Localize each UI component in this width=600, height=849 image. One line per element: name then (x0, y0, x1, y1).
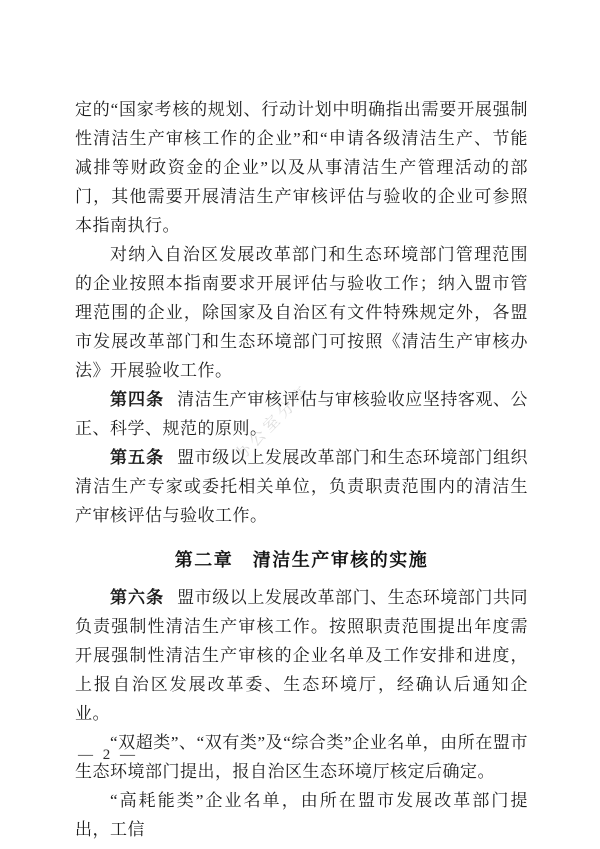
article-label: 第四条 (110, 390, 164, 409)
paragraph-text: 定的“国家考核的规划、行动计划中明确指出需要开展强制性清洁生产审核工作的企业”和… (75, 100, 528, 235)
body-text: 定的“国家考核的规划、行动计划中明确指出需要开展强制性清洁生产审核工作的企业”和… (75, 95, 528, 844)
page-number: — 2 — (78, 747, 138, 764)
paragraph: 对纳入自治区发展改革部门和生态环境部门管理范围的企业按照本指南要求开展评估与验收… (75, 240, 528, 385)
paragraph-article-6: 第六条盟市级以上发展改革部门、生态环境部门共同负责强制性清洁生产审核工作。按照职… (75, 583, 528, 728)
article-label: 第五条 (110, 448, 164, 467)
paragraph-text: 盟市级以上发展改革部门、生态环境部门共同负责强制性清洁生产审核工作。按照职责范围… (75, 588, 528, 723)
paragraph-article-5: 第五条盟市级以上发展改革部门和生态环境部门组织清洁生产专家或委托相关单位，负责职… (75, 443, 528, 530)
paragraph: “双超类”、“双有类”及“综合类”企业名单，由所在盟市生态环境部门提出，报自治区… (75, 728, 528, 786)
paragraph-article-4: 第四条清洁生产审核评估与审核验收应坚持客观、公正、科学、规范的原则。 (75, 385, 528, 443)
paragraph-continuation: 定的“国家考核的规划、行动计划中明确指出需要开展强制性清洁生产审核工作的企业”和… (75, 95, 528, 240)
article-label: 第六条 (110, 588, 164, 607)
paragraph: “高耗能类”企业名单，由所在盟市发展改革部门提出，工信 (75, 786, 528, 844)
chapter-heading: 第二章 清洁生产审核的实施 (75, 546, 528, 575)
paragraph-text: “高耗能类”企业名单，由所在盟市发展改革部门提出，工信 (75, 791, 528, 839)
paragraph-text: 对纳入自治区发展改革部门和生态环境部门管理范围的企业按照本指南要求开展评估与验收… (75, 245, 528, 380)
paragraph-text: “双超类”、“双有类”及“综合类”企业名单，由所在盟市生态环境部门提出，报自治区… (75, 733, 528, 781)
document-page: 办公室分享 定的“国家考核的规划、行动计划中明确指出需要开展强制性清洁生产审核工… (0, 0, 600, 849)
